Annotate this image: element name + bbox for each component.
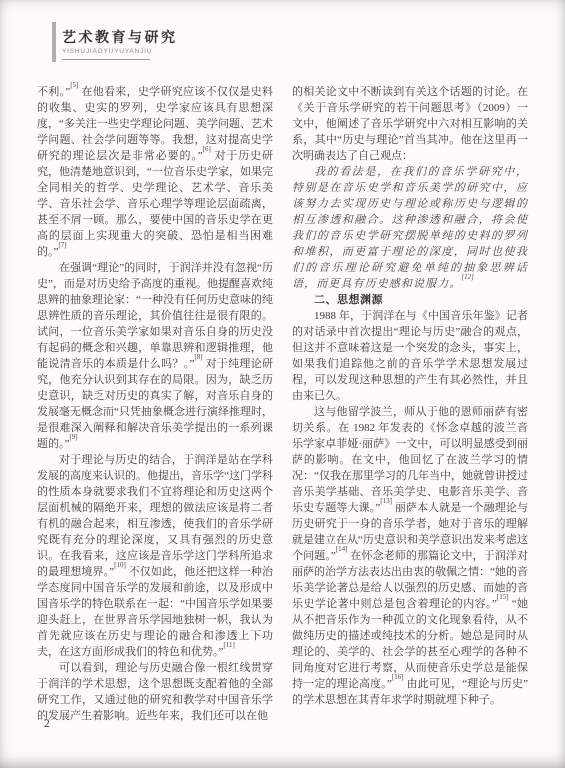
left-column: 不利。”[5] 在他看来，史学研究应该不仅仅是史料的收集、史实的罗列，史学家应该…: [37, 84, 273, 714]
header-rule: [62, 59, 150, 60]
header-accent-bar: [52, 22, 56, 62]
footnote-ref: [15]: [497, 593, 509, 601]
paragraph: 1988 年，于润洋在与《中国音乐年鉴》记者的对话录中首次提出“理论与历史”融合…: [292, 308, 528, 404]
paragraph: 的相关论文中不断读到有关这个话题的讨论。在《关于音乐学研究的若干问题思考》（20…: [292, 84, 528, 164]
block-quote: 我的看法是，在我们的音乐学研究中，特别是在音乐史学和音乐美学的研究中，应该努力去…: [292, 164, 528, 292]
paragraph: 不利。”[5] 在他看来，史学研究应该不仅仅是史料的收集、史实的罗列，史学家应该…: [37, 84, 273, 260]
footnote-ref: [6]: [203, 145, 211, 153]
footnote-ref: [8]: [194, 353, 202, 361]
article-body: 不利。”[5] 在他看来，史学研究应该不仅仅是史料的收集、史实的罗列，史学家应该…: [37, 84, 529, 714]
paragraph: 在强调“理论”的同时，于润洋并没有忽视“历史”，而是对历史给予高度的重视。他提醒…: [37, 260, 273, 452]
footnote-ref: [7]: [58, 241, 66, 249]
footnote-ref: [9]: [69, 433, 77, 441]
paragraph: 对于理论与历史的结合，于润洋是站在学科发展的高度来认识的。他提出，音乐学“这门学…: [37, 452, 273, 660]
footnote-ref: [5]: [70, 81, 78, 89]
footnote-ref: [11]: [223, 641, 234, 649]
journal-header: 艺术教育与研究 YISHUJIAOYUYUYANJIU: [52, 22, 252, 60]
paragraph: 这与他留学波兰，师从于他的恩师丽萨有密切关系。在 1982 年发表的《怀念卓越的…: [292, 404, 528, 708]
footnote-ref: [16]: [392, 673, 404, 681]
right-column: 的相关论文中不断读到有关这个话题的讨论。在《关于音乐学研究的若干问题思考》（20…: [292, 84, 528, 714]
journal-page: 艺术教育与研究 YISHUJIAOYUYUYANJIU 不利。”[5] 在他看来…: [0, 0, 565, 768]
journal-title-pinyin: YISHUJIAOYUYUYANJIU: [62, 47, 252, 56]
footnote-ref: [13]: [380, 497, 392, 505]
section-heading: 二、思想渊源: [292, 292, 528, 308]
journal-title: 艺术教育与研究: [62, 22, 252, 47]
page-number: 2: [44, 718, 50, 730]
footnote-ref: [10]: [114, 561, 126, 569]
footnote-ref: [12]: [461, 273, 473, 281]
paragraph: 可以看到，理论与历史融合像一根红线贯穿于润洋的学术思想，这个思想既支配着他的全部…: [37, 660, 273, 724]
footnote-ref: [14]: [336, 545, 348, 553]
